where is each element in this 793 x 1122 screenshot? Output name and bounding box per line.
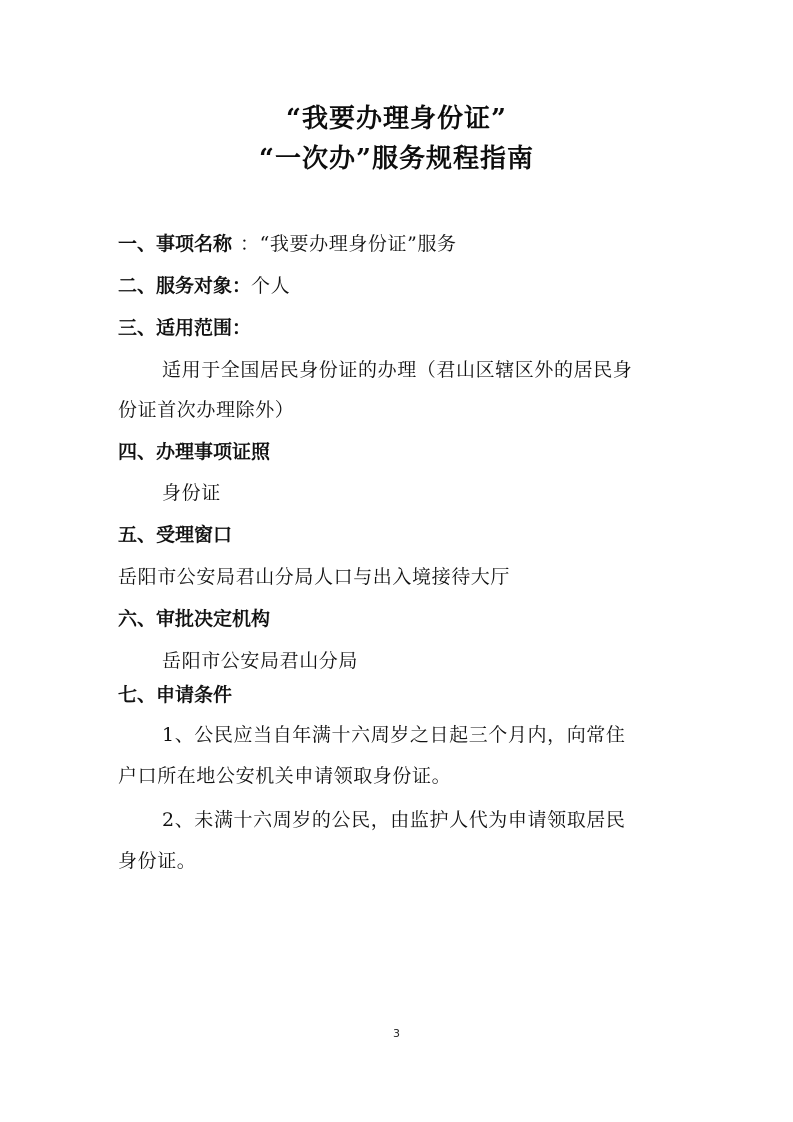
section-6-heading: 六、审批决定机构	[118, 607, 270, 631]
document-title-line-1: “我要办理身份证”	[0, 103, 793, 135]
section-2: 二、服务对象：个人	[118, 274, 290, 298]
section-3-heading: 三、适用范围：	[118, 316, 251, 340]
section-1-value: ：“我要办理身份证”服务	[240, 233, 457, 255]
section-3-body-line-1: 适用于全国居民身份证的办理（君山区辖区外的居民身	[162, 358, 632, 382]
section-2-heading: 二、服务对象：	[118, 275, 251, 297]
section-4-heading: 四、办理事项证照	[118, 440, 270, 464]
section-7-body-line-3: 2、未满十六周岁的公民，由监护人代为申请领取居民	[162, 808, 626, 832]
document-title-line-2: “一次办”服务规程指南	[0, 143, 793, 175]
section-1-heading: 一、事项名称	[118, 233, 232, 255]
section-1: 一、事项名称：“我要办理身份证”服务	[118, 232, 457, 256]
section-2-value: 个人	[251, 275, 290, 297]
page-number: 3	[0, 1027, 793, 1040]
section-5-body: 岳阳市公安局君山分局人口与出入境接待大厅	[118, 565, 510, 589]
section-7-body-line-4: 身份证。	[118, 849, 196, 873]
section-5-heading: 五、受理窗口	[118, 523, 232, 547]
section-3-body-line-2: 份证首次办理除外）	[118, 398, 294, 422]
section-6-body: 岳阳市公安局君山分局	[162, 649, 358, 673]
section-7-body-line-1: 1、公民应当自年满十六周岁之日起三个月内，向常住	[162, 723, 626, 747]
section-7-body-line-2: 户口所在地公安机关申请领取身份证。	[118, 764, 451, 788]
document-page: “我要办理身份证” “一次办”服务规程指南 一、事项名称：“我要办理身份证”服务…	[0, 0, 793, 1122]
section-4-body: 身份证	[162, 481, 221, 505]
section-7-heading: 七、申请条件	[118, 683, 232, 707]
